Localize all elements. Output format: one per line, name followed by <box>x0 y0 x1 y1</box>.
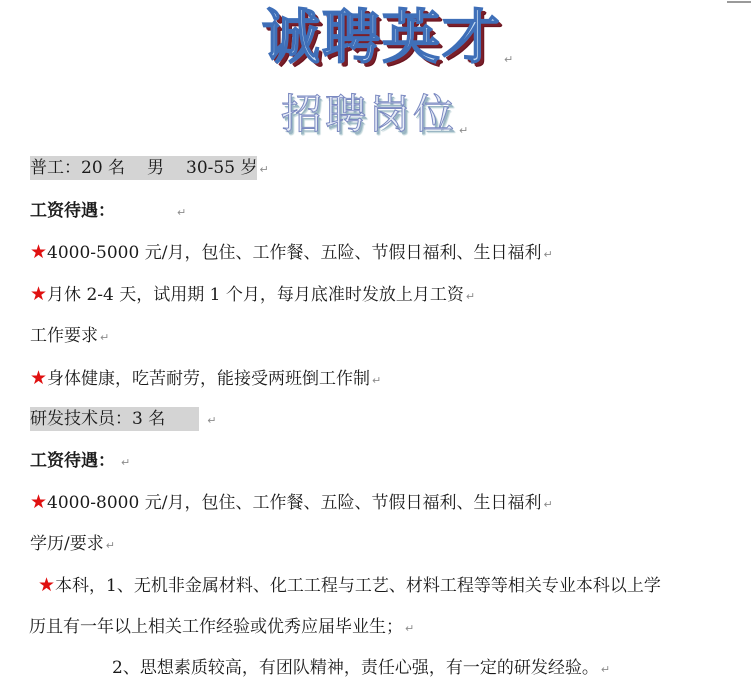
salary-label: 工资待遇：↵ <box>30 449 130 475</box>
requirement-item-text: 身体健康，吃苦耐劳，能接受两班倒工作制 <box>47 369 370 389</box>
position-gender: 男 <box>147 158 164 178</box>
requirements-label: 工作要求↵ <box>30 324 109 350</box>
star-bullet-icon: ★ <box>30 367 47 389</box>
page-title: 诚聘英才↵ <box>262 4 513 87</box>
page-corner-mark <box>727 1 751 3</box>
paragraph-mark-icon: ↵ <box>121 456 130 469</box>
requirement-item-continuation: 历且有一年以上相关工作经验或优秀应届毕业生；↵ <box>29 615 414 641</box>
position-title: 研发技术员：3 名 <box>30 409 165 429</box>
requirement-item: 2、思想素质较高，有团队精神，责任心强，有一定的研发经验。↵ <box>112 656 610 682</box>
paragraph-mark-icon: ↵ <box>601 663 610 676</box>
paragraph-mark-icon: ↵ <box>543 248 552 261</box>
paragraph-mark-icon: ↵ <box>372 374 381 387</box>
requirement-item-text: 2、思想素质较高，有团队精神，责任心强，有一定的研发经验。 <box>112 658 599 678</box>
requirement-item-text: 历且有一年以上相关工作经验或优秀应届毕业生； <box>29 617 403 637</box>
paragraph-mark-icon: ↵ <box>207 414 216 427</box>
requirements-label: 学历/要求↵ <box>30 532 115 558</box>
position-title: 普工：20 名 <box>30 158 125 178</box>
requirement-item-text: 本科，1、无机非金属材料、化工工程与工艺、材料工程等等相关专业本科以上学 <box>55 576 661 596</box>
paragraph-mark-icon: ↵ <box>466 290 475 303</box>
paragraph-mark-icon: ↵ <box>106 539 115 552</box>
page-subtitle: 招聘岗位↵ <box>281 90 468 149</box>
paragraph-mark-icon: ↵ <box>504 53 513 66</box>
paragraph-mark-icon: ↵ <box>100 331 109 344</box>
star-bullet-icon: ★ <box>30 241 47 263</box>
paragraph-mark-icon: ↵ <box>177 206 186 219</box>
salary-item: ★4000-5000 元/月，包住、工作餐、五险、节假日福利、生日福利↵ <box>30 240 553 267</box>
star-bullet-icon: ★ <box>30 491 47 513</box>
highlighted-heading: 普工：20 名男30-55 岁 <box>30 156 257 180</box>
salary-label-text: 工资待遇： <box>30 201 115 221</box>
position-heading-general-worker: 普工：20 名男30-55 岁↵ <box>30 156 269 182</box>
paragraph-mark-icon: ↵ <box>405 622 414 635</box>
paragraph-mark-icon: ↵ <box>459 124 468 137</box>
salary-item-text: 4000-5000 元/月，包住、工作餐、五险、节假日福利、生日福利 <box>47 243 541 263</box>
salary-label: 工资待遇：↵ <box>30 199 186 225</box>
position-age: 30-55 岁 <box>186 158 257 178</box>
salary-item: ★4000-8000 元/月，包住、工作餐、五险、节假日福利、生日福利↵ <box>30 490 553 517</box>
position-heading-rd-technician: 研发技术员：3 名↵ <box>30 407 216 433</box>
paragraph-mark-icon: ↵ <box>259 163 268 176</box>
salary-label-text: 工资待遇： <box>30 451 115 471</box>
paragraph-mark-icon: ↵ <box>543 498 552 511</box>
requirement-item: ★身体健康，吃苦耐劳，能接受两班倒工作制↵ <box>30 366 381 393</box>
salary-item: ★月休 2-4 天，试用期 1 个月，每月底准时发放上月工资↵ <box>30 282 475 309</box>
highlighted-heading: 研发技术员：3 名 <box>30 407 199 431</box>
salary-item-text: 月休 2-4 天，试用期 1 个月，每月底准时发放上月工资 <box>47 285 464 305</box>
requirements-label-text: 学历/要求 <box>30 534 104 554</box>
salary-item-text: 4000-8000 元/月，包住、工作餐、五险、节假日福利、生日福利 <box>47 493 541 513</box>
star-bullet-icon: ★ <box>30 283 47 305</box>
page-title-text: 诚聘英才 <box>262 3 502 71</box>
requirement-item: ★本科，1、无机非金属材料、化工工程与工艺、材料工程等等相关专业本科以上学 <box>38 573 661 598</box>
star-bullet-icon: ★ <box>38 574 55 596</box>
requirements-label-text: 工作要求 <box>30 326 98 346</box>
page-subtitle-text: 招聘岗位 <box>281 90 457 138</box>
